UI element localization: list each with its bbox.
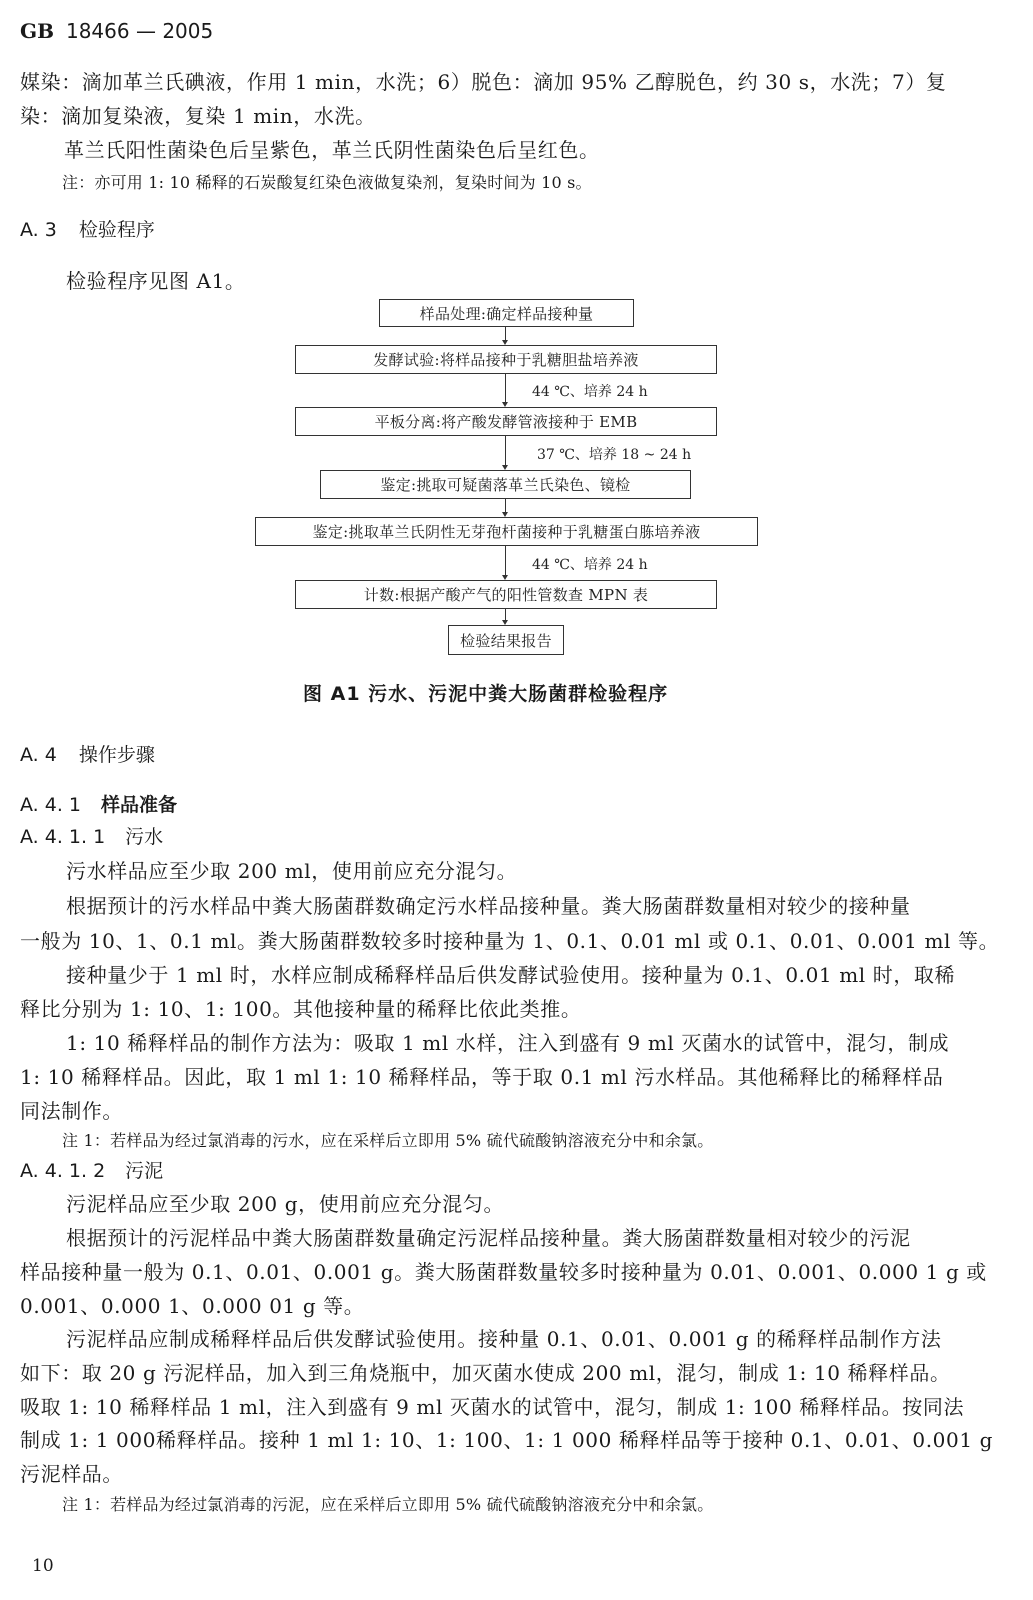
section-heading-a412: A. 4. 1. 2污泥: [20, 1156, 163, 1183]
note: 注 1：若样品为经过氯消毒的污泥，应在采样后立即用 5% 硫代硫酸钠溶液充分中和…: [62, 1492, 713, 1515]
paragraph-line: 制成 1: 1 000稀释样品。接种 1 ml 1: 10、1: 100、1: …: [20, 1424, 993, 1453]
flow-step-identification-stain: 鉴定:挑取可疑菌落革兰氏染色、镜检: [320, 470, 691, 499]
paragraph-line: 样品接种量一般为 0.1、0.01、0.001 g。粪大肠菌群数量较多时接种量为…: [20, 1256, 987, 1285]
standard-number: 18466 — 2005: [66, 19, 213, 43]
section-title: 污水: [125, 826, 163, 848]
flow-connector: [505, 374, 506, 402]
paragraph-line: 革兰氏阳性菌染色后呈紫色，革兰氏阴性菌染色后呈红色。: [64, 134, 600, 163]
flow-step-plate-separation: 平板分离:将产酸发酵管液接种于 EMB: [295, 407, 717, 436]
section-number: A. 4. 1. 1: [20, 826, 105, 848]
note: 注：亦可用 1: 10 稀释的石炭酸复红染色液做复染剂，复染时间为 10 s。: [62, 170, 592, 193]
flow-condition: 44 ℃、培养 24 h: [532, 381, 648, 401]
paragraph-line: 污泥样品应至少取 200 g，使用前应充分混匀。: [66, 1188, 504, 1217]
section-number: A. 4. 1: [20, 794, 81, 816]
paragraph-line: 根据预计的污水样品中粪大肠菌群数确定污水样品接种量。粪大肠菌群数量相对较少的接种…: [66, 890, 911, 919]
section-title: 样品准备: [101, 794, 177, 816]
flow-step-sample-processing: 样品处理:确定样品接种量: [379, 299, 634, 327]
paragraph-line: 检验程序见图 A1。: [66, 265, 246, 294]
section-title: 操作步骤: [79, 744, 155, 766]
flow-step-identification-inoculate: 鉴定:挑取革兰氏阴性无芽孢杆菌接种于乳糖蛋白胨培养液: [255, 517, 758, 546]
paragraph-line: 1: 10 稀释样品。因此，取 1 ml 1: 10 稀释样品，等于取 0.1 …: [20, 1061, 943, 1090]
paragraph-line: 如下：取 20 g 污泥样品，加入到三角烧瓶中，加灭菌水使成 200 ml，混匀…: [20, 1357, 951, 1386]
standard-prefix: GB: [20, 19, 54, 43]
flow-condition: 37 ℃、培养 18 ~ 24 h: [537, 444, 691, 464]
section-title: 污泥: [125, 1160, 163, 1182]
paragraph-line: 一般为 10、1、0.1 ml。粪大肠菌群数较多时接种量为 1、0.1、0.01…: [20, 925, 999, 954]
section-title: 检验程序: [79, 219, 155, 241]
paragraph-line: 1: 10 稀释样品的制作方法为：吸取 1 ml 水样，注入到盛有 9 ml 灭…: [66, 1027, 949, 1056]
paragraph-line: 释比分别为 1: 10、1: 100。其他接种量的稀释比依此类推。: [20, 993, 581, 1022]
flow-connector: [505, 609, 506, 620]
section-heading-a3: A. 3检验程序: [20, 215, 155, 242]
flow-connector: [505, 327, 506, 340]
flow-condition: 44 ℃、培养 24 h: [532, 554, 648, 574]
paragraph-line: 接种量少于 1 ml 时，水样应制成稀释样品后供发酵试验使用。接种量为 0.1、…: [66, 959, 955, 988]
paragraph-line: 0.001、0.000 1、0.000 01 g 等。: [20, 1290, 364, 1319]
flow-step-fermentation: 发酵试验:将样品接种于乳糖胆盐培养液: [295, 345, 717, 374]
paragraph-line: 媒染：滴加革兰氏碘液，作用 1 min，水洗；6）脱色：滴加 95% 乙醇脱色，…: [20, 66, 947, 95]
section-number: A. 4. 1. 2: [20, 1160, 105, 1182]
flow-step-count: 计数:根据产酸产气的阳性管数查 MPN 表: [295, 580, 717, 609]
document-header: GB18466 — 2005: [20, 19, 213, 43]
note: 注 1：若样品为经过氯消毒的污水，应在采样后立即用 5% 硫代硫酸钠溶液充分中和…: [62, 1128, 713, 1151]
paragraph-line: 污泥样品应制成稀释样品后供发酵试验使用。接种量 0.1、0.01、0.001 g…: [66, 1323, 941, 1352]
section-number: A. 3: [20, 219, 57, 241]
page-number: 10: [32, 1556, 54, 1576]
flow-connector: [505, 436, 506, 465]
flow-connector: [505, 546, 506, 575]
paragraph-line: 污泥样品。: [20, 1458, 123, 1487]
section-heading-a41: A. 4. 1样品准备: [20, 790, 177, 817]
figure-caption: 图 A1 污水、污泥中粪大肠菌群检验程序: [303, 679, 668, 706]
section-heading-a411: A. 4. 1. 1污水: [20, 822, 163, 849]
section-number: A. 4: [20, 744, 57, 766]
paragraph-line: 吸取 1: 10 稀释样品 1 ml，注入到盛有 9 ml 灭菌水的试管中，混匀…: [20, 1391, 964, 1420]
paragraph-line: 根据预计的污泥样品中粪大肠菌群数量确定污泥样品接种量。粪大肠菌群数量相对较少的污…: [66, 1222, 911, 1251]
paragraph-line: 染：滴加复染液，复染 1 min，水洗。: [20, 100, 376, 129]
flow-connector: [505, 499, 506, 512]
flow-step-report: 检验结果报告: [448, 625, 564, 655]
section-heading-a4: A. 4操作步骤: [20, 740, 155, 767]
paragraph-line: 污水样品应至少取 200 ml，使用前应充分混匀。: [66, 855, 517, 884]
paragraph-line: 同法制作。: [20, 1095, 123, 1124]
